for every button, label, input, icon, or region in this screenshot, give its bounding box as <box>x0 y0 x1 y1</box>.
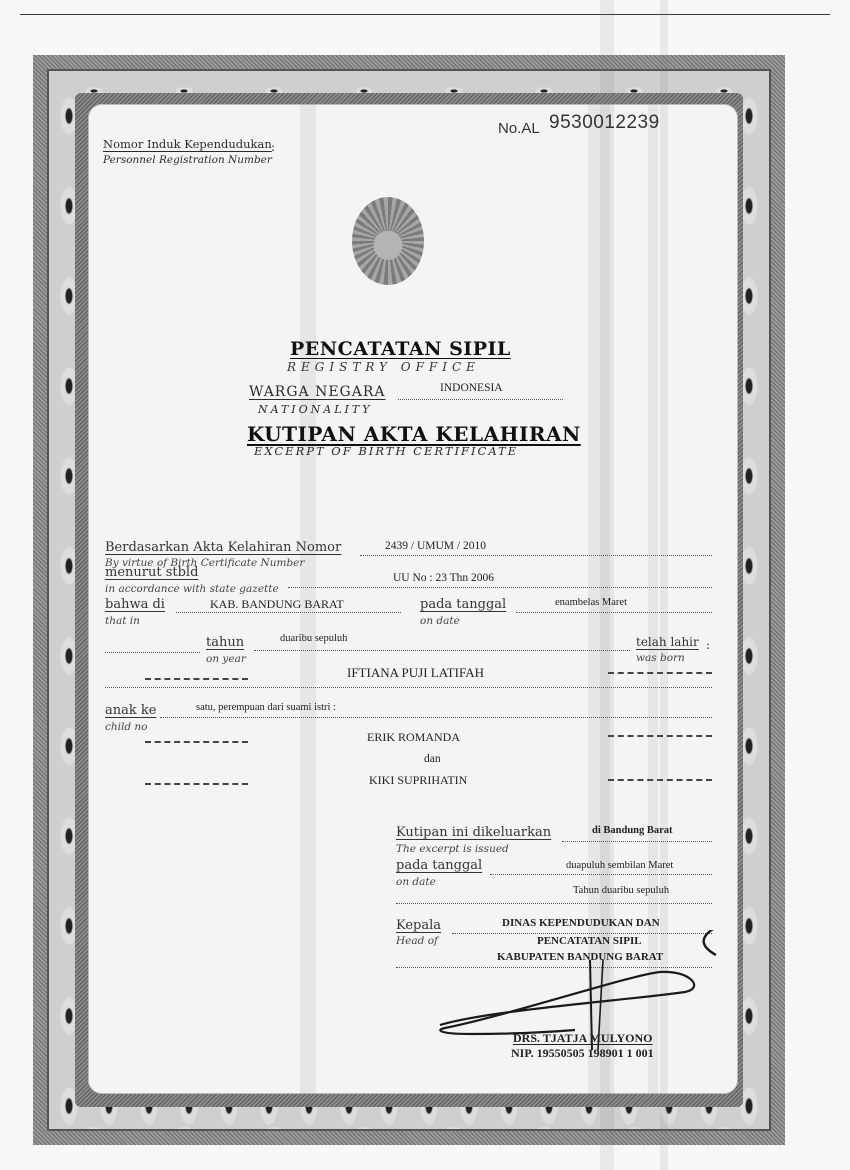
issued-sublabel: The excerpt is issued <box>396 843 509 855</box>
year-sublabel: on year <box>206 653 246 665</box>
child-no-sublabel: child no <box>105 721 148 733</box>
father-name: ERIK ROMANDA <box>367 730 460 745</box>
issued-value: di Bandung Barat <box>592 825 673 836</box>
signatory-name: DRS. TJATJA MULYONO <box>513 1031 652 1046</box>
born-sublabel: was born <box>636 652 685 664</box>
birth-cert-value: 2439 / UMUM / 2010 <box>385 540 486 552</box>
year-label: tahun <box>206 635 244 650</box>
nationality-label: WARGA NEGARA <box>249 384 386 400</box>
child-name: IFTIANA PUJI LATIFAH <box>347 665 484 681</box>
serial-prefix: No.AL <box>498 120 540 137</box>
date-sublabel: on date <box>420 615 460 627</box>
place-value: KAB. BANDUNG BARAT <box>210 597 344 612</box>
embossed-seal <box>352 197 424 285</box>
born-label: telah lahir <box>636 635 699 649</box>
nationality-value: INDONESIA <box>440 382 503 394</box>
stbld-label: menurut stbld <box>105 565 198 580</box>
birth-cert-label: Berdasarkan Akta Kelahiran Nomor <box>105 540 341 555</box>
nik-separator: : <box>271 140 275 154</box>
child-no-value: satu, perempuan dari suami istri : <box>196 702 336 713</box>
document-title: KUTIPAN AKTA KELAHIRAN <box>247 422 581 446</box>
place-label: bahwa di <box>105 597 165 612</box>
date-value: enambelas Maret <box>555 597 627 608</box>
issue-year-value: Tahun duaribu sepuluh <box>573 885 669 896</box>
issue-date-label: pada tanggal <box>396 858 482 873</box>
signatory-nip: NIP. 19550505 198901 1 001 <box>511 1046 654 1061</box>
place-sublabel: that in <box>105 615 140 627</box>
issue-date-value: duapuluh sembilan Maret <box>566 860 673 871</box>
date-label: pada tanggal <box>420 597 506 612</box>
mother-name: KIKI SUPRIHATIN <box>369 773 467 788</box>
office-title: PENCATATAN SIPIL <box>290 338 511 360</box>
issued-label: Kutipan ini dikeluarkan <box>396 825 551 840</box>
stbld-sublabel: in accordance with state gazette <box>105 583 279 595</box>
agency-line-1: DINAS KEPENDUDUKAN DAN <box>502 917 660 929</box>
issue-date-sublabel: on date <box>396 876 436 888</box>
born-separator: : <box>706 638 710 652</box>
year-value: duaribu sepuluh <box>280 633 347 644</box>
child-no-label: anak ke <box>105 703 156 718</box>
nik-label: Nomor Induk Kependudukan <box>103 137 272 151</box>
office-subtitle: REGISTRY OFFICE <box>287 360 480 374</box>
serial-number: 9530012239 <box>549 112 660 134</box>
document-subtitle: EXCERPT OF BIRTH CERTIFICATE <box>254 444 518 458</box>
nik-sublabel: Personnel Registration Number <box>103 154 272 166</box>
conjunction: dan <box>424 753 441 765</box>
stbld-value: UU No : 23 Thn 2006 <box>393 572 494 584</box>
nationality-sublabel: NATIONALITY <box>258 403 373 416</box>
scan-edge-line <box>20 14 830 15</box>
